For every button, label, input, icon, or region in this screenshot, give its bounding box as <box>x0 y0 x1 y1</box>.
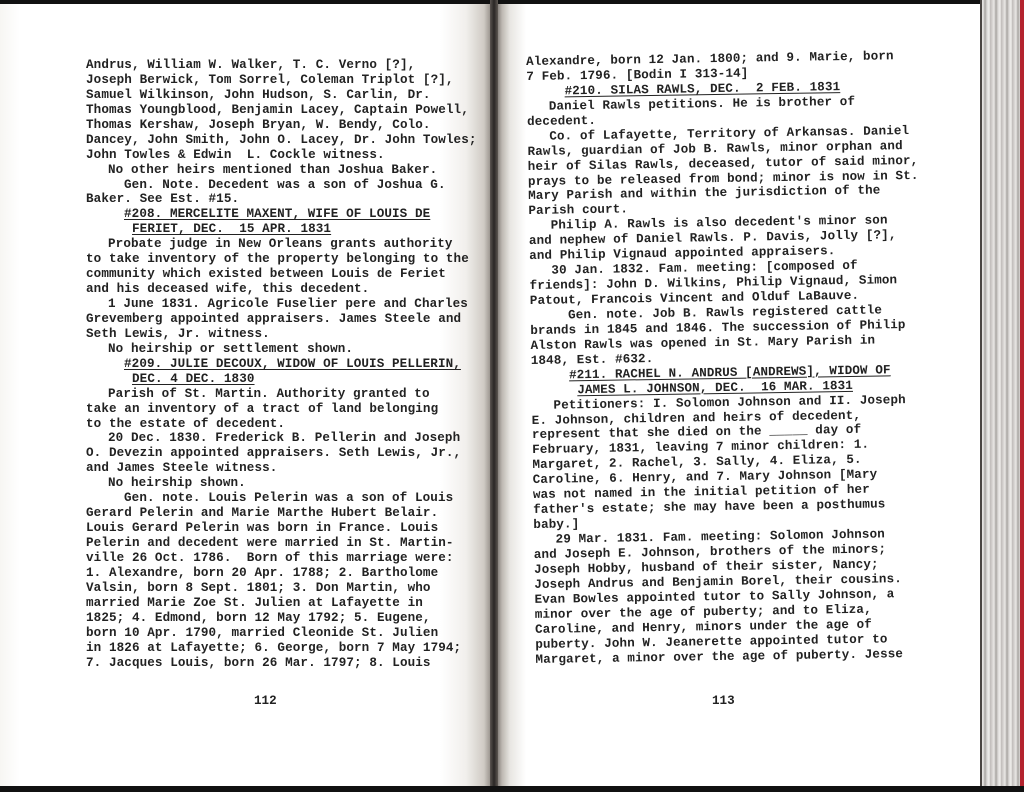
text-line: Thomas Kershaw, Joseph Bryan, W. Bendy, … <box>86 118 477 133</box>
text-line: Andrus, William W. Walker, T. C. Verno [… <box>86 58 477 73</box>
text-line: 1825; 4. Edmond, born 12 May 1792; 5. Eu… <box>86 611 477 626</box>
text-line: married Marie Zoe St. Julien at Lafayett… <box>86 596 477 611</box>
text-line: Joseph Berwick, Tom Sorrel, Coleman Trip… <box>86 73 477 88</box>
text-line: in 1826 at Lafayette; 6. George, born 7 … <box>86 641 477 656</box>
text-line: take an inventory of a tract of land bel… <box>86 402 477 417</box>
text-line: Gerard Pelerin and Marie Marthe Hubert B… <box>86 506 477 521</box>
scan-bottom-border <box>0 786 1024 792</box>
text-line: No heirship shown. <box>86 476 477 491</box>
text-line: Valsin, born 8 Sept. 1801; 3. Don Martin… <box>86 581 477 596</box>
entry-heading-line: #208. MERCELITE MAXENT, WIFE OF LOUIS DE <box>86 207 477 222</box>
left-page-text: Andrus, William W. Walker, T. C. Verno [… <box>86 58 477 670</box>
text-line: and his deceased wife, this decedent. <box>86 282 477 297</box>
book-gutter <box>490 0 498 792</box>
entry-heading-line: #209. JULIE DECOUX, WIDOW OF LOUIS PELLE… <box>86 357 477 372</box>
text-line: born 10 Apr. 1790, married Cleonide St. … <box>86 626 477 641</box>
entry-heading-line: FERIET, DEC. 15 APR. 1831 <box>86 222 477 237</box>
entry-heading-line: DEC. 4 DEC. 1830 <box>86 372 477 387</box>
text-line: 7. Jacques Louis, born 26 Mar. 1797; 8. … <box>86 656 477 671</box>
text-line: 1 June 1831. Agricole Fuselier pere and … <box>86 297 477 312</box>
text-line: Thomas Youngblood, Benjamin Lacey, Capta… <box>86 103 477 118</box>
text-line: 1. Alexandre, born 20 Apr. 1788; 2. Bart… <box>86 566 477 581</box>
text-line: Gen. note. Louis Pelerin was a son of Lo… <box>86 491 477 506</box>
right-page-text: Alexandre, born 12 Jan. 1800; and 9. Mar… <box>526 49 926 667</box>
text-line: ville 26 Oct. 1786. Born of this marriag… <box>86 551 477 566</box>
text-line: No heirship or settlement shown. <box>86 342 477 357</box>
page-number-right: 113 <box>712 694 735 708</box>
text-line: to the estate of decedent. <box>86 417 477 432</box>
text-line: Seth Lewis, Jr. witness. <box>86 327 477 342</box>
text-line: Probate judge in New Orleans grants auth… <box>86 237 477 252</box>
text-line: Pelerin and decedent were married in St.… <box>86 536 477 551</box>
text-line: O. Devezin appointed appraisers. Seth Le… <box>86 446 477 461</box>
text-line: Louis Gerard Pelerin was born in France.… <box>86 521 477 536</box>
text-line: Baker. See Est. #15. <box>86 192 477 207</box>
text-line: Samuel Wilkinson, John Hudson, S. Carlin… <box>86 88 477 103</box>
text-line: Dancey, John Smith, John O. Lacey, Dr. J… <box>86 133 477 148</box>
text-line: Parish of St. Martin. Authority granted … <box>86 387 477 402</box>
text-line: to take inventory of the property belong… <box>86 252 477 267</box>
text-line: Gen. Note. Decedent was a son of Joshua … <box>86 178 477 193</box>
text-line: 20 Dec. 1830. Frederick B. Pellerin and … <box>86 431 477 446</box>
page-edges <box>980 0 1024 792</box>
text-line: No other heirs mentioned than Joshua Bak… <box>86 163 477 178</box>
page-number-left: 112 <box>254 694 277 708</box>
book-spread: Andrus, William W. Walker, T. C. Verno [… <box>0 0 1024 792</box>
text-line: Grevemberg appointed appraisers. James S… <box>86 312 477 327</box>
text-line: community which existed between Louis de… <box>86 267 477 282</box>
text-line: and James Steele witness. <box>86 461 477 476</box>
text-line: John Towles & Edwin L. Cockle witness. <box>86 148 477 163</box>
